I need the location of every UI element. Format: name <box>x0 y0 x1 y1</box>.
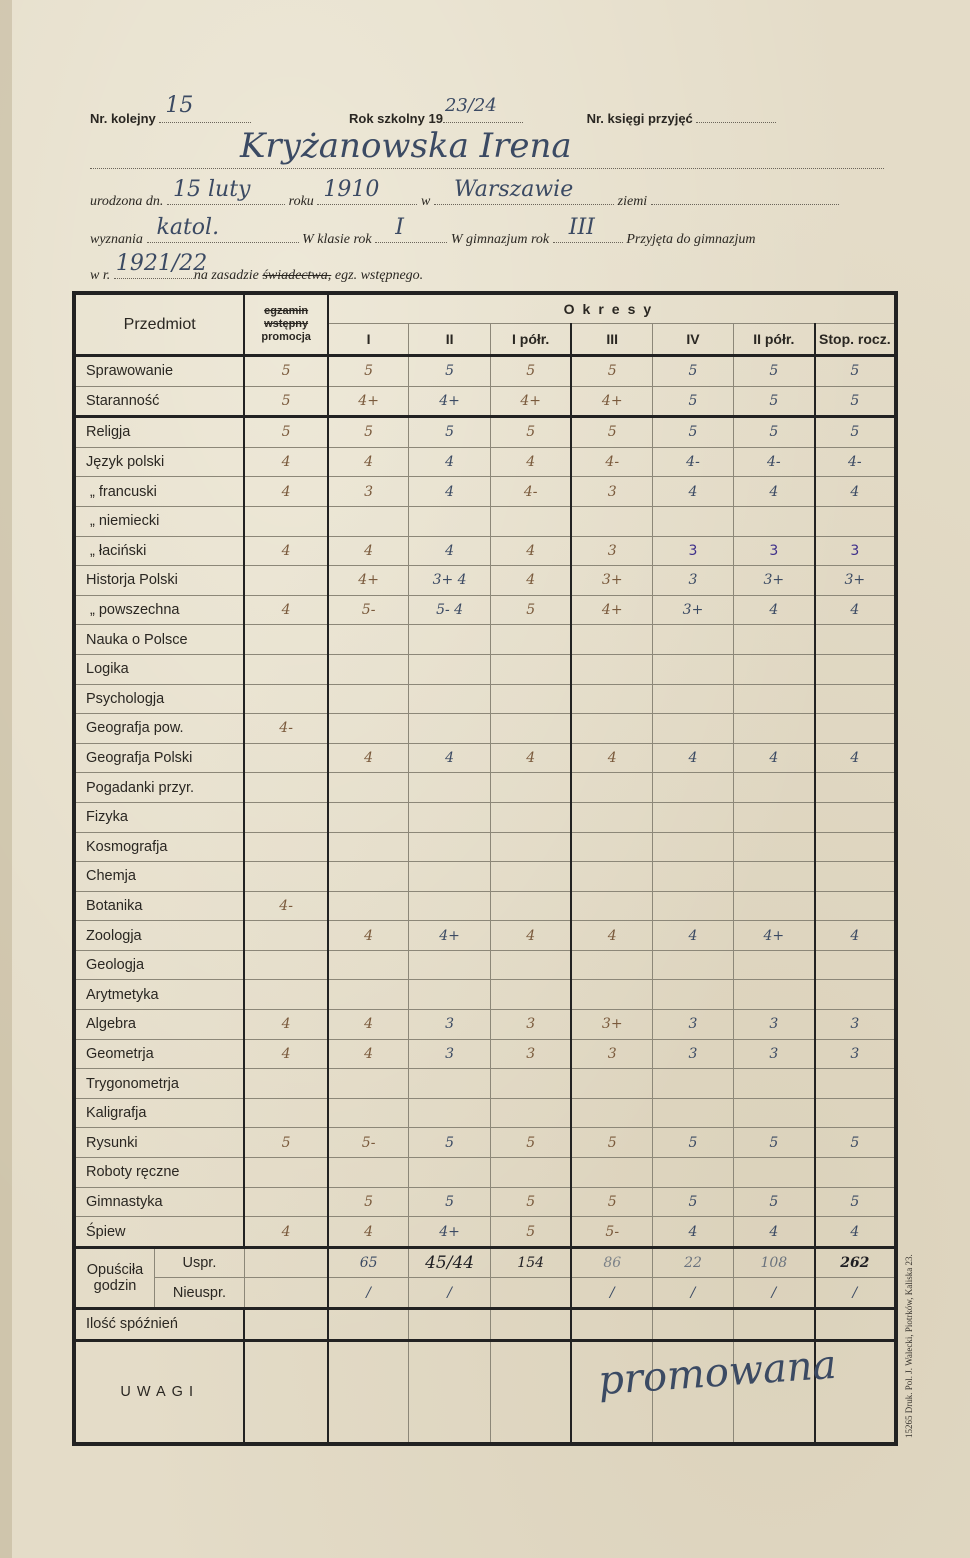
grade-cell: 3 <box>328 477 409 507</box>
grade-cell: 4- <box>815 447 896 477</box>
grade-cell: 5 <box>653 356 734 387</box>
table-row: Botanika 4- <box>74 891 896 921</box>
grade-cell: 4- <box>571 447 652 477</box>
uspr-value: 65 <box>328 1247 409 1278</box>
grade-cell <box>490 862 571 892</box>
grade-cell <box>734 862 815 892</box>
grade-cell <box>490 714 571 744</box>
grade-cell: 4 <box>409 536 490 566</box>
roku-value: 1910 <box>323 177 379 202</box>
uwagi-cell <box>490 1340 571 1444</box>
grade-cell: 4 <box>815 595 896 625</box>
grade-cell <box>490 1158 571 1188</box>
grade-cell <box>815 684 896 714</box>
grade-cell: 4 <box>328 536 409 566</box>
table-row: Psychologja <box>74 684 896 714</box>
spoznienia-cell <box>734 1309 815 1341</box>
grade-cell <box>653 714 734 744</box>
grade-cell: 5 <box>815 356 896 387</box>
grade-cell <box>815 1098 896 1128</box>
egzamin-grade <box>244 980 327 1010</box>
opuscila-godzin-label: Opuściła godzin <box>76 1249 155 1307</box>
grade-cell <box>328 714 409 744</box>
grade-cell: 4+ <box>328 386 409 417</box>
grade-cell: 4 <box>815 743 896 773</box>
col-subject-header: Przedmiot <box>74 293 244 356</box>
egzamin-grade <box>244 625 327 655</box>
urodzona-label: urodzona dn. <box>90 194 163 209</box>
egzamin-grade <box>244 566 327 596</box>
grade-cell: 4 <box>328 447 409 477</box>
grade-cell <box>653 862 734 892</box>
egzamin-grade <box>244 832 327 862</box>
nr-ksiegi-field <box>696 108 776 123</box>
grade-cell: 5 <box>409 1128 490 1158</box>
period-header: III <box>571 324 652 356</box>
period-header: I półr. <box>490 324 571 356</box>
grade-cell: 5 <box>571 1187 652 1217</box>
grade-cell <box>653 654 734 684</box>
admission-row: w r. 1921/22na zasadzie świadectwa, egz.… <box>90 264 884 284</box>
grade-cell: 5- 4 <box>409 595 490 625</box>
grade-cell: 4- <box>490 477 571 507</box>
table-row: Śpiew 4 4 4+ 5 5- 4 4 4 <box>74 1217 896 1248</box>
egzamin-grade <box>244 802 327 832</box>
grade-cell <box>653 1098 734 1128</box>
grade-cell: 4 <box>409 447 490 477</box>
subject-name: Język polski <box>74 447 244 477</box>
grade-cell <box>328 506 409 536</box>
grade-cell <box>815 714 896 744</box>
grade-cell: 5 <box>328 356 409 387</box>
grade-cell: 5 <box>409 356 490 387</box>
ziemi-field <box>651 190 839 205</box>
grade-cell: 4 <box>653 1217 734 1248</box>
nieuspr-value: / <box>571 1278 652 1309</box>
grade-cell: 4 <box>734 477 815 507</box>
grade-cell <box>571 684 652 714</box>
subject-name: Geografja Polski <box>74 743 244 773</box>
table-row: Gimnastyka 5 5 5 5 5 5 5 <box>74 1187 896 1217</box>
grade-cell: 5 <box>328 417 409 448</box>
grade-cell <box>409 832 490 862</box>
subject-name: Psychologja <box>74 684 244 714</box>
spoznienia-cell <box>409 1309 490 1341</box>
uwagi-cell <box>244 1340 327 1444</box>
egzamin-grade: 5 <box>244 386 327 417</box>
spoznienia-cell <box>490 1309 571 1341</box>
grade-cell <box>409 980 490 1010</box>
grade-cell: 5- <box>328 595 409 625</box>
grade-cell: 3+ <box>653 595 734 625</box>
table-row: Arytmetyka <box>74 980 896 1010</box>
grade-cell: 5 <box>815 386 896 417</box>
subject-name: Logika <box>74 654 244 684</box>
grade-cell: 3 <box>571 1039 652 1069</box>
uspr-value: 262 <box>815 1247 896 1278</box>
grade-cell <box>490 950 571 980</box>
nieuspr-label: Nieuspr. <box>155 1278 244 1307</box>
grade-cell <box>328 1158 409 1188</box>
grade-cell: 3 <box>409 1010 490 1040</box>
grade-cell <box>328 654 409 684</box>
subject-name: Kaligrafja <box>74 1098 244 1128</box>
subject-name: Trygonometrja <box>74 1069 244 1099</box>
egz-wstepnego-label: egz. wstępnego. <box>335 268 423 283</box>
grade-cell <box>571 1069 652 1099</box>
grade-cell: 4 <box>734 595 815 625</box>
table-header-row-1: Przedmiot egzamin wstępny promocja Okres… <box>74 293 896 324</box>
subject-name: Roboty ręczne <box>74 1158 244 1188</box>
grade-cell: 4 <box>653 921 734 951</box>
grade-cell <box>490 506 571 536</box>
grade-cell: 3 <box>571 536 652 566</box>
urodzona-value: 15 luty <box>173 177 250 202</box>
grade-cell <box>815 506 896 536</box>
subject-name: „ łaciński <box>74 536 244 566</box>
grade-cell <box>571 506 652 536</box>
table-row: Rysunki 5 5- 5 5 5 5 5 5 <box>74 1128 896 1158</box>
wstepny-label: wstępny <box>245 318 326 331</box>
grade-cell: 5 <box>571 1128 652 1158</box>
subject-name: Sprawowanie <box>74 356 244 387</box>
grade-cell <box>734 1069 815 1099</box>
table-row: Chemja <box>74 862 896 892</box>
grade-cell <box>409 625 490 655</box>
grade-cell <box>490 891 571 921</box>
grade-cell: 4 <box>490 566 571 596</box>
grade-cell <box>734 1098 815 1128</box>
grade-cell <box>815 1158 896 1188</box>
birth-row: urodzona dn. 15 luty roku 1910 w Warszaw… <box>90 190 884 210</box>
grade-cell <box>571 862 652 892</box>
table-row: „ powszechna 4 5- 5- 4 5 4+ 3+ 4 4 <box>74 595 896 625</box>
wr-label: w r. <box>90 268 110 283</box>
grade-cell: 3+ <box>571 566 652 596</box>
egzamin-grade <box>244 950 327 980</box>
nieuspr-value: / <box>328 1278 409 1309</box>
grade-cell <box>653 980 734 1010</box>
subject-name: Fizyka <box>74 802 244 832</box>
uspr-value: 108 <box>734 1247 815 1278</box>
grade-cell: 3 <box>571 477 652 507</box>
grade-cell <box>490 773 571 803</box>
grade-cell <box>653 891 734 921</box>
grade-cell: 4 <box>490 447 571 477</box>
grade-cell <box>734 802 815 832</box>
nieuspr-value: / <box>409 1278 490 1309</box>
grade-cell: 5 <box>490 1128 571 1158</box>
table-row: Staranność 5 4+ 4+ 4+ 4+ 5 5 5 <box>74 386 896 417</box>
grade-cell: 5 <box>490 1187 571 1217</box>
subject-name: Historja Polski <box>74 566 244 596</box>
grade-cell: 5- <box>328 1128 409 1158</box>
table-row: Religja 5 5 5 5 5 5 5 5 <box>74 417 896 448</box>
nieuspr-value: / <box>815 1278 896 1309</box>
table-row: „ łaciński 4 4 4 4 3 3 3 3 <box>74 536 896 566</box>
egzamin-label: egzamin <box>245 305 326 318</box>
subject-name: Geografja pow. <box>74 714 244 744</box>
uwagi-label: UWAGI <box>74 1340 244 1444</box>
table-row: „ francuski 4 3 4 4- 3 4 4 4 <box>74 477 896 507</box>
grade-cell: 4 <box>571 921 652 951</box>
egzamin-grade: 5 <box>244 417 327 448</box>
w-klasie-value: I <box>395 215 404 240</box>
grade-cell: 5 <box>328 1187 409 1217</box>
egzamin-grade <box>244 862 327 892</box>
grade-cell: 4 <box>815 1217 896 1248</box>
grade-cell <box>734 625 815 655</box>
egzamin-grade <box>244 743 327 773</box>
grade-cell: 4+ <box>409 386 490 417</box>
table-row: Zoologja 4 4+ 4 4 4 4+ 4 <box>74 921 896 951</box>
subject-name: Arytmetyka <box>74 980 244 1010</box>
grade-cell: 5 <box>815 1187 896 1217</box>
egzamin-grade: 4 <box>244 477 327 507</box>
grade-cell <box>815 802 896 832</box>
wyznania-label: wyznania <box>90 232 143 247</box>
grade-cell <box>571 714 652 744</box>
grade-cell <box>490 654 571 684</box>
grade-cell <box>409 862 490 892</box>
grade-cell: 5 <box>490 595 571 625</box>
table-row: Sprawowanie 5 5 5 5 5 5 5 5 <box>74 356 896 387</box>
table-row: Historja Polski 4+ 3+ 4 4 3+ 3 3+ 3+ <box>74 566 896 596</box>
grade-cell: 3 <box>653 536 734 566</box>
grade-cell <box>490 832 571 862</box>
grade-rows: Sprawowanie 5 5 5 5 5 5 5 5 Staranność 5… <box>74 356 896 1248</box>
grade-cell: 5- <box>571 1217 652 1248</box>
table-row: „ niemiecki <box>74 506 896 536</box>
grade-cell <box>328 1069 409 1099</box>
grade-cell <box>734 506 815 536</box>
grade-cell: 5 <box>734 1128 815 1158</box>
uspr-value: 154 <box>490 1247 571 1278</box>
wr-field: 1921/22 <box>114 264 194 279</box>
grade-cell <box>490 684 571 714</box>
rok-szkolny-label: Rok szkolny 19 <box>349 111 443 126</box>
grade-cell <box>653 773 734 803</box>
table-row: Roboty ręczne <box>74 1158 896 1188</box>
przyjeta-label: Przyjęta do gimnazjum <box>626 232 755 247</box>
table-row: Geografja pow. 4- <box>74 714 896 744</box>
grade-cell <box>328 950 409 980</box>
table-row: Pogadanki przyr. <box>74 773 896 803</box>
grade-cell: 5 <box>734 1187 815 1217</box>
grade-cell: 4 <box>409 743 490 773</box>
grade-cell: 3 <box>734 1039 815 1069</box>
egzamin-grade: 4 <box>244 1217 327 1248</box>
grade-cell: 3 <box>490 1039 571 1069</box>
grade-cell <box>409 1069 490 1099</box>
ziemi-label: ziemi <box>618 194 648 209</box>
grade-cell <box>734 832 815 862</box>
egzamin-grade: 4 <box>244 595 327 625</box>
uspr-value: 22 <box>653 1247 734 1278</box>
grade-cell <box>653 625 734 655</box>
religion-row: wyznania katol. W klasie rok I W gimnazj… <box>90 228 884 248</box>
printer-imprint: 15265 Druk. Pol. J. Walecki, Piotrków, K… <box>904 1254 914 1438</box>
grades-table: Przedmiot egzamin wstępny promocja Okres… <box>72 291 898 1446</box>
table-row: Geometrja 4 4 3 3 3 3 3 3 <box>74 1039 896 1069</box>
table-row: Język polski 4 4 4 4 4- 4- 4- 4- <box>74 447 896 477</box>
opuscila-label: Opuściła <box>87 1262 143 1278</box>
grade-cell: 4 <box>815 921 896 951</box>
uwagi-cell <box>409 1340 490 1444</box>
swiadectwa-label: świadectwa, <box>262 268 331 283</box>
col-egzamin-header: egzamin wstępny promocja <box>244 293 327 356</box>
subject-name: Nauka o Polsce <box>74 625 244 655</box>
grade-cell <box>571 891 652 921</box>
grade-cell <box>409 1158 490 1188</box>
w-klasie-field: I <box>375 228 447 243</box>
table-row: Geologja <box>74 950 896 980</box>
grade-cell: 4+ <box>490 386 571 417</box>
uspr-value: 45/44 <box>409 1247 490 1278</box>
absences-uspr-row: Opuściła godzin Uspr. Nieuspr. 65 45/44 … <box>74 1247 896 1278</box>
grade-cell <box>328 980 409 1010</box>
spoznienia-cell <box>244 1309 327 1341</box>
grade-cell <box>328 802 409 832</box>
egzamin-grade <box>244 921 327 951</box>
grade-cell: 4 <box>328 1217 409 1248</box>
subject-name: Algebra <box>74 1010 244 1040</box>
grade-cell: 5 <box>815 417 896 448</box>
grade-cell <box>328 891 409 921</box>
grade-cell: 4 <box>328 1010 409 1040</box>
w-gimnazjum-field: III <box>553 228 623 243</box>
grade-cell <box>571 654 652 684</box>
grade-cell <box>815 980 896 1010</box>
w-klasie-label: W klasie rok <box>302 232 371 247</box>
grade-cell: 5 <box>571 417 652 448</box>
grade-cell: 5 <box>409 417 490 448</box>
grade-cell <box>653 832 734 862</box>
grade-cell: 4 <box>490 536 571 566</box>
grade-cell: 5 <box>653 1128 734 1158</box>
grade-cell: 5 <box>653 1187 734 1217</box>
grade-cell: 4+ <box>571 386 652 417</box>
grade-cell <box>815 654 896 684</box>
egzamin-grade <box>244 1158 327 1188</box>
grade-cell <box>409 684 490 714</box>
period-header: I <box>328 324 409 356</box>
subject-name: Pogadanki przyr. <box>74 773 244 803</box>
grade-cell <box>328 684 409 714</box>
table-row: Trygonometrja <box>74 1069 896 1099</box>
grade-cell <box>734 891 815 921</box>
period-header: Stop. rocz. <box>815 324 896 356</box>
grade-cell <box>734 980 815 1010</box>
wr-value: 1921/22 <box>116 251 207 276</box>
grade-cell: 5 <box>653 417 734 448</box>
grade-cell <box>571 625 652 655</box>
grade-cell <box>490 1069 571 1099</box>
grade-cell: 4- <box>653 447 734 477</box>
table-row: Geografja Polski 4 4 4 4 4 4 4 <box>74 743 896 773</box>
subject-name: Gimnastyka <box>74 1187 244 1217</box>
period-header: II półr. <box>734 324 815 356</box>
grade-cell: 4 <box>571 743 652 773</box>
grade-cell: 4 <box>328 1039 409 1069</box>
grade-cell <box>653 506 734 536</box>
grade-cell <box>409 802 490 832</box>
grade-cell <box>328 1098 409 1128</box>
period-header: IV <box>653 324 734 356</box>
subject-name: Religja <box>74 417 244 448</box>
grade-cell <box>571 773 652 803</box>
grade-cell: 4 <box>653 477 734 507</box>
egzamin-grade <box>244 1069 327 1099</box>
grade-cell: 5 <box>571 356 652 387</box>
grade-cell <box>653 1069 734 1099</box>
wyznania-value: katol. <box>157 215 220 240</box>
grade-cell: 4 <box>653 743 734 773</box>
grade-cell <box>409 1098 490 1128</box>
absence-egz-cell <box>244 1278 327 1309</box>
table-row: Logika <box>74 654 896 684</box>
grade-cell <box>653 684 734 714</box>
grade-cell <box>734 684 815 714</box>
grade-cell <box>734 1158 815 1188</box>
grade-cell: 3 <box>653 566 734 596</box>
grade-cell: 4 <box>328 743 409 773</box>
grade-cell: 3+ <box>571 1010 652 1040</box>
egzamin-grade: 5 <box>244 1128 327 1158</box>
grade-cell: 5 <box>734 356 815 387</box>
grade-cell <box>653 802 734 832</box>
egzamin-grade: 4 <box>244 536 327 566</box>
subject-name: Staranność <box>74 386 244 417</box>
subject-name: Kosmografja <box>74 832 244 862</box>
grade-cell <box>734 773 815 803</box>
egzamin-grade: 4 <box>244 1039 327 1069</box>
student-name: Kryżanowska Irena <box>240 126 572 166</box>
grade-cell <box>571 1158 652 1188</box>
subject-name: Chemja <box>74 862 244 892</box>
grade-cell: 5 <box>490 417 571 448</box>
grade-cell <box>815 1069 896 1099</box>
table-row: Kaligrafja <box>74 1098 896 1128</box>
absence-egz-cell <box>244 1247 327 1278</box>
table-row: Kosmografja <box>74 832 896 862</box>
subject-name: „ powszechna <box>74 595 244 625</box>
grade-cell <box>328 862 409 892</box>
grade-cell <box>734 950 815 980</box>
egzamin-grade <box>244 773 327 803</box>
grade-cell <box>409 950 490 980</box>
subject-name: Botanika <box>74 891 244 921</box>
grade-cell <box>815 625 896 655</box>
grade-cell: 4- <box>734 447 815 477</box>
subject-name: „ francuski <box>74 477 244 507</box>
grade-cell: 3 <box>815 536 896 566</box>
spoznienia-cell <box>815 1309 896 1341</box>
table-row: Fizyka <box>74 802 896 832</box>
godzin-label: godzin <box>94 1278 137 1294</box>
grade-cell: 5 <box>490 1217 571 1248</box>
wyznania-field: katol. <box>147 228 299 243</box>
okresy-header: Okresy <box>328 293 896 324</box>
grade-cell: 3 <box>653 1039 734 1069</box>
subject-name: Śpiew <box>74 1217 244 1248</box>
grade-cell <box>815 773 896 803</box>
roku-field: 1910 <box>317 190 417 205</box>
subject-name: Rysunki <box>74 1128 244 1158</box>
grade-cell <box>571 832 652 862</box>
grade-cell: 4+ <box>328 566 409 596</box>
period-header: II <box>409 324 490 356</box>
